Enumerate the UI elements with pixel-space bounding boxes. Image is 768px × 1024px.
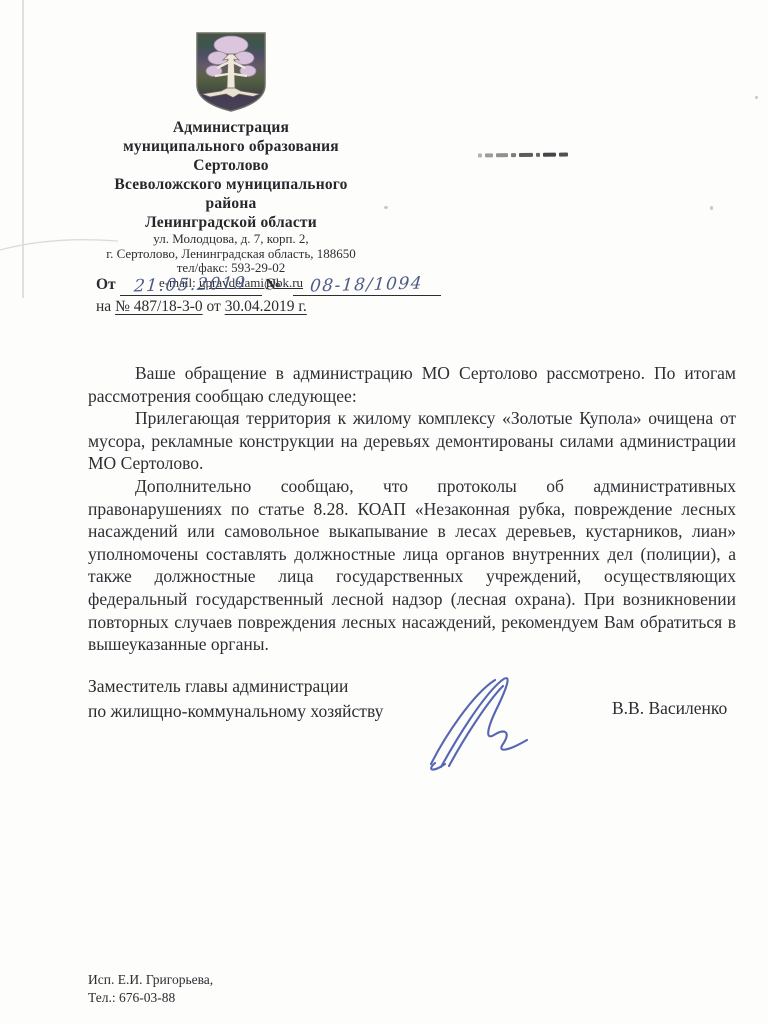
org-name-line: Всеволожского муниципального bbox=[55, 175, 407, 194]
signer-position: Заместитель главы администрации по жилищ… bbox=[88, 674, 383, 724]
body-paragraph: Ваше обращение в администрацию МО Сертол… bbox=[88, 362, 736, 407]
signer-position-line: по жилищно-коммунальному хозяйству bbox=[88, 699, 383, 724]
number-label: № bbox=[265, 276, 281, 293]
outgoing-number-field: 08-18/1094 bbox=[293, 274, 441, 296]
outgoing-number-handwritten: 08-18/1094 bbox=[310, 272, 425, 297]
signer-name: В.В. Василенко bbox=[612, 698, 727, 719]
signer-position-line: Заместитель главы администрации bbox=[88, 674, 383, 699]
outgoing-ref-line: От 21.05.2019 № 08-18/1094 bbox=[96, 274, 476, 296]
org-address-line: г. Сертолово, Ленинградская область, 188… bbox=[55, 247, 407, 262]
letter-body: Ваше обращение в администрацию МО Сертол… bbox=[88, 362, 736, 656]
incoming-number: № 487/18-3-0 bbox=[115, 298, 203, 315]
org-name-line: района bbox=[55, 194, 407, 213]
reply-prefix: на bbox=[96, 298, 111, 315]
outgoing-date-field: 21.05.2019 bbox=[120, 274, 262, 296]
handwritten-signature-icon bbox=[415, 668, 555, 776]
signature-block: Заместитель главы администрации по жилищ… bbox=[0, 672, 768, 782]
incoming-date: 30.04.2019 г. bbox=[225, 298, 307, 315]
outgoing-date-handwritten: 21.05.2019 bbox=[134, 273, 248, 298]
org-name-line: Сертолово bbox=[55, 156, 407, 175]
reply-between: от bbox=[206, 298, 220, 315]
org-name-line: Ленинградской области bbox=[55, 213, 407, 232]
scan-speck bbox=[710, 206, 713, 210]
letterhead: Администрация муниципального образования… bbox=[55, 30, 407, 290]
executor-footer: Исп. Е.И. Григорьева, Тел.: 676-03-88 bbox=[88, 971, 213, 1007]
body-paragraph: Прилегающая территория к жилому комплекс… bbox=[88, 407, 736, 475]
reference-block: От 21.05.2019 № 08-18/1094 на № 487/18-3… bbox=[96, 274, 476, 318]
from-label: От bbox=[96, 276, 116, 293]
org-address-line: ул. Молодцова, д. 7, корп. 2, bbox=[55, 232, 407, 247]
redacted-recipient-smudge bbox=[478, 151, 570, 160]
incoming-ref-line: на № 487/18-3-0 от 30.04.2019 г. bbox=[96, 296, 476, 318]
org-name-line: муниципального образования bbox=[55, 137, 407, 156]
body-paragraph: Дополнительно сообщаю, что протоколы об … bbox=[88, 475, 736, 656]
executor-phone: Тел.: 676-03-88 bbox=[88, 989, 213, 1007]
scan-speck bbox=[755, 96, 758, 99]
scanned-letter-page: Администрация муниципального образования… bbox=[0, 0, 768, 1024]
sertolovo-coat-of-arms-icon bbox=[193, 30, 269, 114]
executor-name: Исп. Е.И. Григорьева, bbox=[88, 971, 213, 989]
org-name-line: Администрация bbox=[55, 118, 407, 137]
